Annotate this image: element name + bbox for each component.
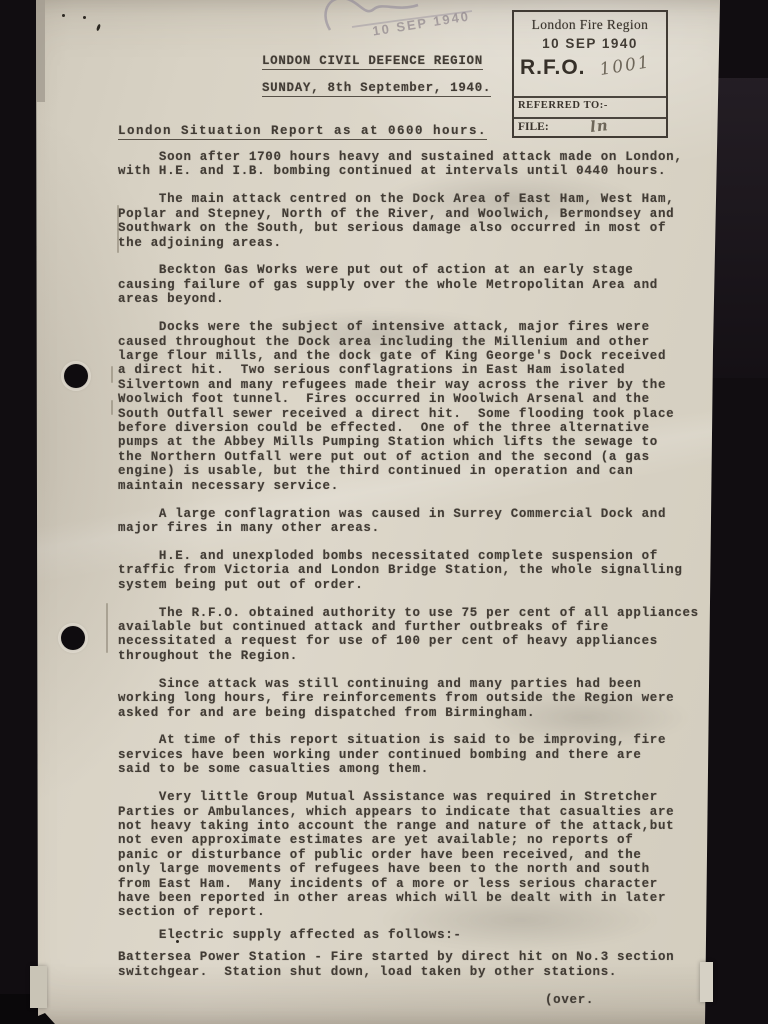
- pencil-margin-mark: [111, 400, 113, 415]
- doc-title-line2: SUNDAY, 8th September, 1940.: [262, 81, 491, 97]
- stamp-region-label: London Fire Region: [514, 12, 666, 33]
- report-body: Soon after 1700 hours heavy and sustaine…: [118, 150, 724, 1020]
- referred-to-label: REFERRED TO:-: [514, 96, 666, 117]
- paragraph: Since attack was still continuing and ma…: [118, 677, 724, 720]
- report-heading: London Situation Report as at 0600 hours…: [118, 124, 487, 140]
- electric-supply-heading: Electric supply affected as follows:-: [118, 928, 724, 942]
- paragraph: H.E. and unexploded bombs necessitated c…: [118, 549, 724, 592]
- report-heading-wrap: London Situation Report as at 0600 hours…: [118, 124, 487, 140]
- over-note: (over.: [118, 993, 724, 1007]
- rfo-number-handwritten: 1001: [598, 52, 652, 80]
- paragraph: Beckton Gas Works were put out of action…: [118, 263, 724, 306]
- ink-speck: [83, 16, 86, 19]
- file-mark-handwritten: ln: [589, 116, 609, 136]
- paragraph: Very little Group Mutual Assistance was …: [118, 790, 724, 920]
- pencil-margin-mark: [106, 603, 108, 653]
- file-label: FILE:: [518, 121, 549, 133]
- document-title: LONDON CIVIL DEFENCE REGION SUNDAY, 8th …: [262, 54, 491, 108]
- doc-title-line1: LONDON CIVIL DEFENCE REGION: [262, 54, 483, 70]
- rfo-label: R.F.O.: [520, 56, 586, 80]
- ink-speck: [96, 24, 101, 32]
- binder-strip: [36, 0, 45, 102]
- stamp-box: London Fire Region 10 SEP 1940 R.F.O. 10…: [512, 10, 668, 138]
- pencil-margin-mark: [111, 366, 113, 383]
- stamp-date: 10 SEP 1940: [514, 36, 666, 51]
- pencil-margin-mark: [117, 205, 119, 253]
- hole-punch: [61, 626, 85, 650]
- paragraph: A large conflagration was caused in Surr…: [118, 507, 724, 536]
- paragraph: The R.F.O. obtained authority to use 75 …: [118, 606, 724, 664]
- ink-speck: [62, 14, 65, 17]
- paragraph: At time of this report situation is said…: [118, 733, 724, 776]
- battersea-paragraph: Battersea Power Station - Fire started b…: [118, 950, 724, 979]
- corner-tab: [30, 966, 47, 1008]
- corner-tab: [700, 962, 713, 1002]
- paragraph: Docks were the subject of intensive atta…: [118, 320, 724, 493]
- ink-speck: [176, 940, 179, 943]
- paper: 10 SEP 1940 London Fire Region 10 SEP 19…: [0, 0, 768, 1024]
- hole-punch: [64, 364, 88, 388]
- paragraph: The main attack centred on the Dock Area…: [118, 192, 724, 250]
- paragraph: Soon after 1700 hours heavy and sustaine…: [118, 150, 724, 179]
- photograph-of-document: 10 SEP 1940 London Fire Region 10 SEP 19…: [0, 0, 768, 1024]
